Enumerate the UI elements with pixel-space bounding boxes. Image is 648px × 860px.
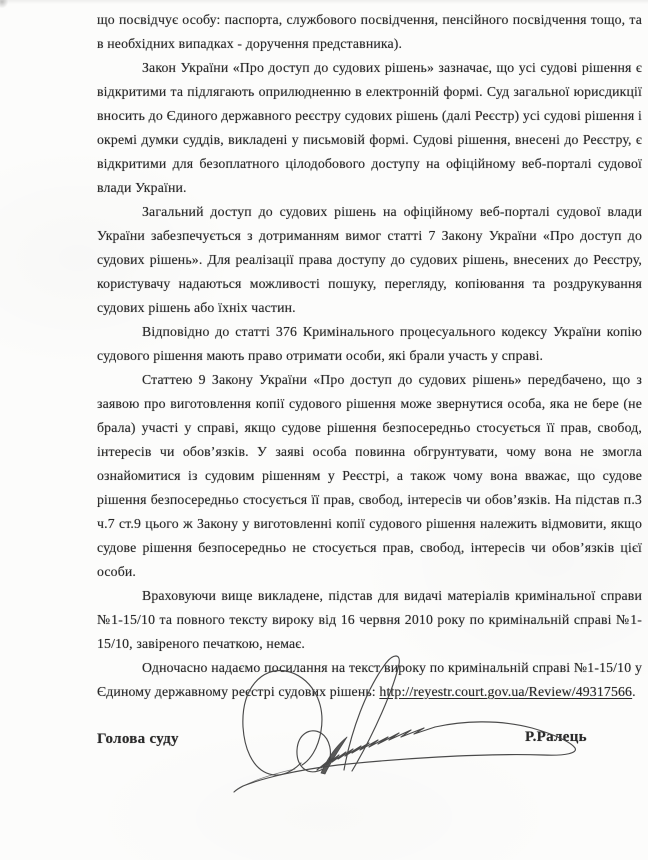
signoff-name: Р.Ралець — [525, 729, 587, 746]
signoff-role: Голова суду — [97, 731, 179, 748]
paragraph-continuation: що посвідчує особу: паспорта, службового… — [97, 8, 642, 56]
paragraph-conclusion: Враховуючи вище викладене, підстав для в… — [97, 584, 642, 656]
document-body: що посвідчує особу: паспорта, службового… — [97, 8, 642, 704]
court-register-link[interactable]: http://reyestr.court.gov.ua/Review/49317… — [379, 684, 632, 699]
paragraph-register-link: Одночасно надаємо посилання на текст вир… — [97, 656, 642, 704]
paragraph-general-access: Загальний доступ до судових рішень на оф… — [97, 200, 642, 320]
link-paragraph-suffix: . — [632, 684, 636, 699]
scanned-letter-page: що посвідчує особу: паспорта, службового… — [0, 0, 648, 860]
paragraph-article-376: Відповідно до статті 376 Кримінального п… — [97, 320, 642, 368]
paragraph-article-9: Статтею 9 Закону України «Про доступ до … — [97, 368, 642, 584]
paragraph-law-access: Закон України «Про доступ до судових ріш… — [97, 56, 642, 200]
